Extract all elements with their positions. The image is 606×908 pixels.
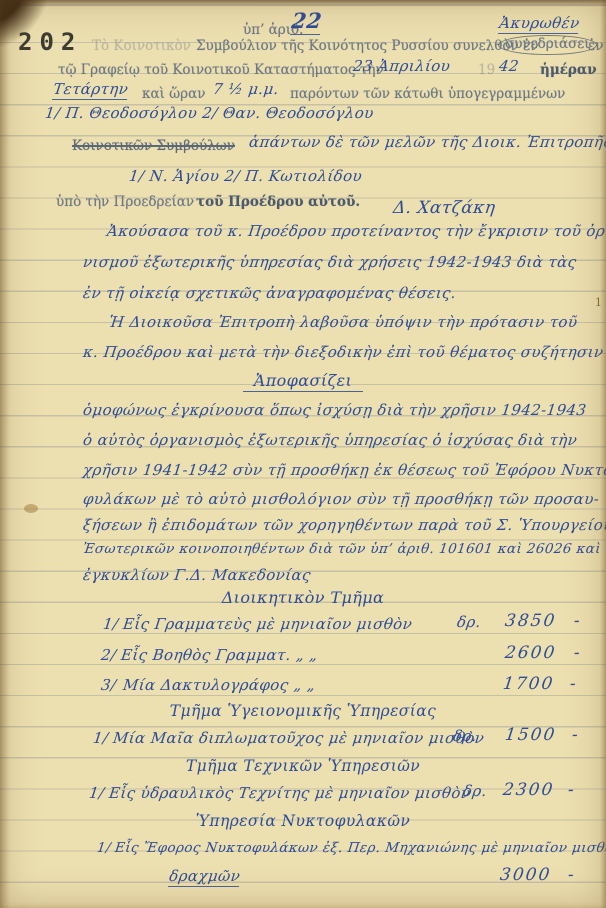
amount-dash: - xyxy=(571,725,581,745)
salary-item-no: 1/ xyxy=(96,840,112,856)
ink-stain xyxy=(24,504,38,513)
margin-mark: 1 xyxy=(595,296,602,309)
section-heading: Ὑπηρεσία Νυκτοφυλακῶν xyxy=(0,812,606,830)
section-heading: Διοικητικὸν Τμῆμα xyxy=(0,588,606,607)
salary-amount: 1500 xyxy=(504,725,558,745)
body-line: χρῆσιν 1941-1942 σὺν τῇ προσθήκῃ ἐκ θέσε… xyxy=(82,461,606,479)
salary-item-no: 1/ xyxy=(92,729,110,747)
amount-dash: - xyxy=(569,674,579,694)
salary-item-text: Εἷς Γραμματεὺς μὲ μηνιαῖον μισθὸν xyxy=(122,615,413,633)
salary-amount: 2300 xyxy=(502,780,556,800)
printed-intro: Συμβούλιον τῆς Κοινότητος Ρυσσίου συνελθ… xyxy=(196,38,538,54)
salary-amount: 3850 xyxy=(504,611,558,631)
printed-circled-word: συνεδριάσει xyxy=(498,35,597,55)
salary-amount: 3000 xyxy=(499,865,553,885)
printed-year-prefix: 19 xyxy=(478,62,495,78)
printed-intro-tail: ἐν xyxy=(588,38,603,54)
currency-mark: δρ. xyxy=(456,613,482,631)
page-number-stamp: 202 xyxy=(18,28,82,56)
salary-item-text: Εἷς ὑδραυλικὸς Τεχνίτης μὲ μηνιαῖον μισθ… xyxy=(108,784,472,802)
salary-amount: 1700 xyxy=(502,674,556,694)
printed-present-label: παρόντων τῶν κάτωθι ὑπογεγραμμένων xyxy=(290,86,565,102)
amount-dash: - xyxy=(567,865,577,885)
amount-dash: - xyxy=(573,611,583,631)
page-top-edge xyxy=(0,0,606,7)
printed-presidency: ὑπὸ τὴν Προεδρείαν xyxy=(56,194,194,210)
body-line: ὁμοφώνως ἐγκρίνουσα ὅπως ἰσχύσῃ διὰ τὴν … xyxy=(82,401,588,419)
body-line: ἐν τῇ οἰκείᾳ σχετικῶς ἀναγραφομένας θέσε… xyxy=(82,284,457,302)
handwritten-names-2: 1/ Ν. Ἁγίου 2/ Π. Κωτιολίδου xyxy=(128,167,363,185)
decision-heading: Ἀποφασίζει xyxy=(243,371,363,392)
salary-item-no: 1/ xyxy=(102,615,120,633)
salary-amount: 2600 xyxy=(504,643,558,663)
printed-office-line: τῷ Γραφείῳ τοῦ Κοινοτικοῦ Καταστήματος τ… xyxy=(58,62,384,78)
salary-item-text: Μία Μαῖα διπλωματοῦχος μὲ μηνιαῖον μισθὸ… xyxy=(112,729,485,747)
printed-intro-faded: Τὸ Κοινοτικὸν xyxy=(92,38,191,54)
amount-dash: - xyxy=(567,780,577,800)
handwritten-names-1: 1/ Π. Θεοδοσόγλου 2/ Θαν. Θεοδοσόγλου xyxy=(44,104,375,122)
body-line: ξήσεων ἢ ἐπιδομάτων τῶν χορηγηθέντων παρ… xyxy=(82,516,606,534)
printed-struck-words: Κοινοτικῶν Συμβούλων xyxy=(72,138,235,154)
salary-item-text: Εἷς Βοηθὸς Γραμματ. „ „ xyxy=(120,646,319,664)
section-heading: Τμῆμα Τεχνικῶν Ὑπηρεσιῶν xyxy=(0,757,606,775)
handwritten-year: 42 xyxy=(498,57,520,75)
body-line: κ. Προέδρου καὶ μετὰ τὴν διεξοδικὴν ἐπὶ … xyxy=(82,343,605,361)
currency-mark: δρ. xyxy=(452,727,478,745)
handwritten-members-note: ἁπάντων δὲ τῶν μελῶν τῆς Διοικ. Ἐπιτροπῆ… xyxy=(248,133,606,151)
minutes-book-page: 202 ὑπ’ ἀριθ. 22 Ἀκυρωθέν Τὸ Κοινοτικὸν … xyxy=(0,0,606,908)
corner-annotation: Ἀκυρωθέν xyxy=(498,14,581,34)
president-signature: Δ. Χατζάκη xyxy=(392,198,497,218)
body-line: Ἡ Διοικοῦσα Ἐπιτροπὴ λαβοῦσα ὑπόψιν τὴν … xyxy=(108,313,579,331)
body-line: ὁ αὐτὸς ὀργανισμὸς ἐξωτερικῆς ὑπηρεσίας … xyxy=(82,431,578,449)
handwritten-hour: 7 ½ μ.μ. xyxy=(212,80,280,98)
body-line: φυλάκων μὲ τὸ αὐτὸ μισθολόγιον σὺν τῇ πρ… xyxy=(82,490,600,508)
printed-day-label: ἡμέραν xyxy=(540,62,597,78)
protocol-number-value: 22 xyxy=(290,8,323,35)
salary-item-text: Εἷς Ἔφορος Νυκτοφυλάκων ἐξ. Περ. Μηχανιώ… xyxy=(114,840,606,856)
body-line: ἐγκυκλίων Γ.Δ. Μακεδονίας xyxy=(82,566,312,584)
printed-presidency-bold: τοῦ Προέδρου αὐτοῦ. xyxy=(196,194,360,210)
currency-mark: δρ. xyxy=(462,782,488,800)
amount-dash: - xyxy=(573,643,583,663)
section-heading: Τμῆμα Ὑγειονομικῆς Ὑπηρεσίας xyxy=(0,702,606,720)
handwritten-day: Τετάρτην xyxy=(52,80,129,100)
salary-item-text: δραχμῶν xyxy=(168,867,241,887)
body-line: νισμοῦ ἐξωτερικῆς ὑπηρεσίας διὰ χρήσεις … xyxy=(82,253,578,271)
salary-item-no: 2/ xyxy=(100,646,118,664)
handwritten-date: 23 Ἀπριλίου xyxy=(352,57,451,75)
salary-item-text: Μία Δακτυλογράφος „ „ xyxy=(122,676,316,694)
body-line: Ἐσωτερικῶν κοινοποιηθέντων διὰ τῶν ὑπ’ ἀ… xyxy=(82,541,606,557)
salary-item-no: 1/ xyxy=(88,784,106,802)
body-line: Ἀκούσασα τοῦ κ. Προέδρου προτείναντος τὴ… xyxy=(106,222,606,240)
printed-hour-label: καὶ ὥραν xyxy=(142,86,205,102)
salary-item-no: 3/ xyxy=(100,676,118,694)
